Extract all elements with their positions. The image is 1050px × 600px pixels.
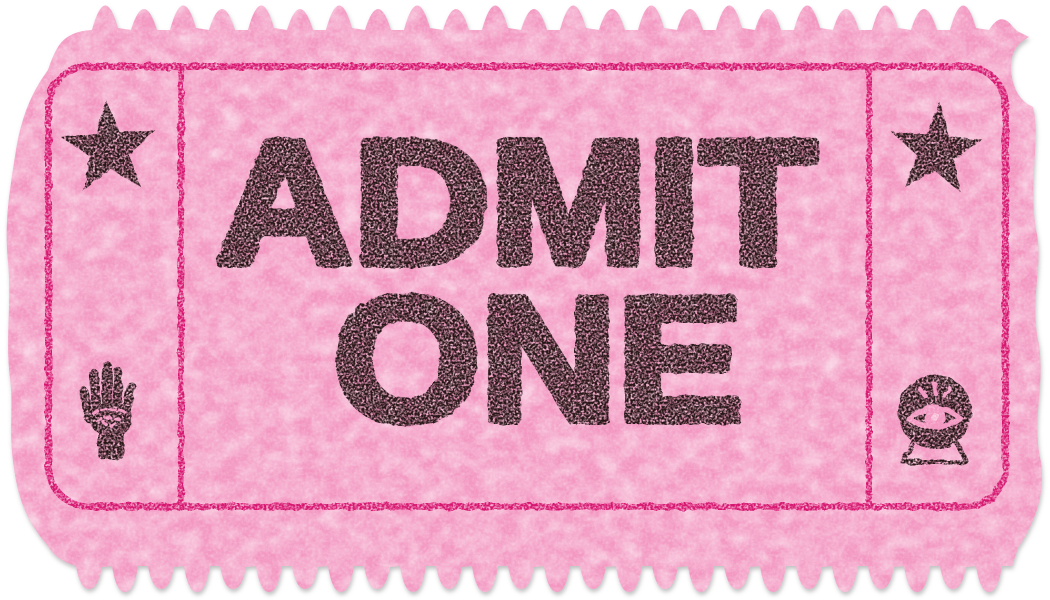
eye-pupil-highlight <box>931 413 940 422</box>
admission-ticket-scan: ADMIT ONE <box>0 0 1050 600</box>
ticket-graphic: ADMIT ONE <box>0 0 1050 600</box>
hand-wrist <box>98 426 124 460</box>
crystal-ball-eye-icon <box>898 375 972 462</box>
admit-text-line2: ONE <box>333 262 743 458</box>
